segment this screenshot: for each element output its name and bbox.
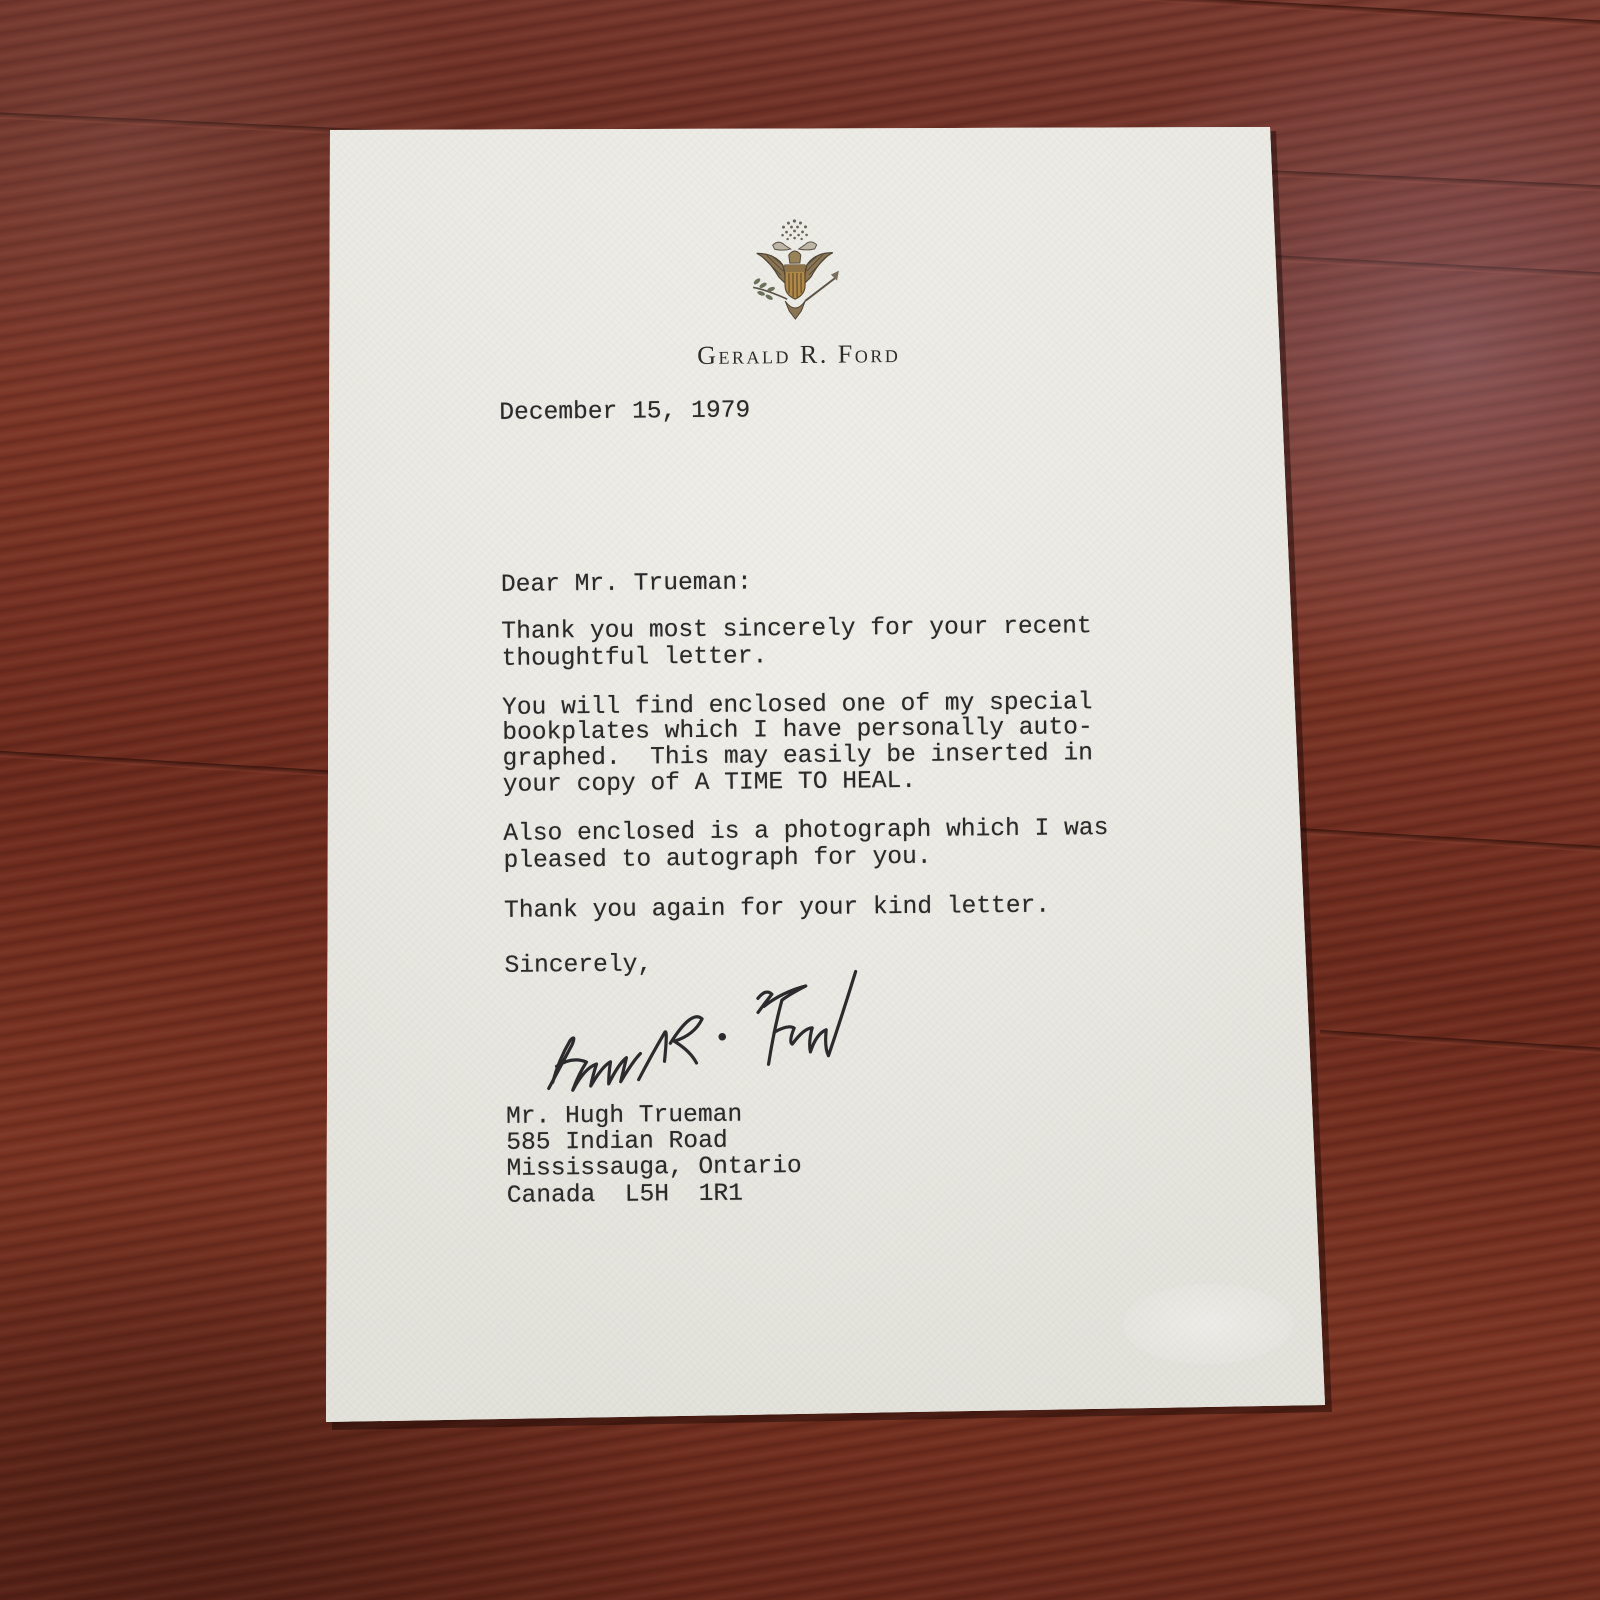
salutation: Dear Mr. Trueman: [501,571,752,598]
paper-glare [1123,1283,1294,1365]
address-line: Mississauga, Ontario [506,1155,801,1182]
great-seal-eagle-icon [744,215,845,328]
paragraph-line: Thank you again for your kind letter. [504,895,1050,925]
address-line: Canada L5H 1R1 [507,1183,743,1210]
paragraph-line: your copy of A TIME TO HEAL. [503,770,916,799]
paragraph-line: graphed. This may easily be inserted in [502,742,1093,772]
paragraph-line: thoughtful letter. [502,645,768,672]
address-line: 585 Indian Road [506,1130,728,1157]
letter-date: December 15, 1979 [499,399,750,426]
letterhead-name: Gerald R. Ford [599,338,999,372]
letter: Gerald R. Ford December 15, 1979 Dear Mr… [0,0,1600,1600]
handwritten-signature [542,967,873,1105]
paragraph-line: Also enclosed is a photograph which I wa… [503,817,1108,847]
paragraph-line: Thank you most sincerely for your recent [501,615,1092,645]
address-line: Mr. Hugh Trueman [506,1104,742,1131]
paragraph-line: pleased to autograph for you. [503,846,931,875]
